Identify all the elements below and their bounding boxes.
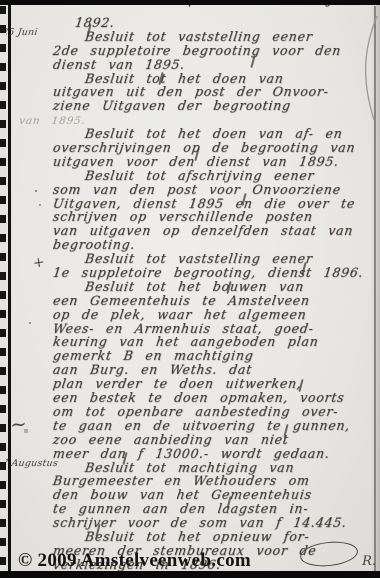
manuscript-line: overschrijvingen op de begrooting van	[52, 137, 372, 151]
manuscript-line: plan verder te doen uitwerken,	[52, 373, 372, 387]
manuscript-line: den bouw van het Gemeentehuis	[52, 484, 372, 498]
manuscript-line: van 1895.	[52, 109, 372, 123]
manuscript-line: te gunnen aan den laagsten in-	[52, 498, 372, 512]
manuscript-line: begrooting.	[52, 234, 372, 248]
signature-paraaf: R.	[300, 537, 378, 569]
scanned-manuscript-page: verleende concepten van 25 juni 1892.25 …	[0, 0, 380, 578]
manuscript-line: Besluit tot het doen van	[52, 68, 372, 82]
manuscript-line: 7 AugustusBesluit tot machtiging van	[52, 457, 372, 471]
manuscript-line: dienst van 1895.	[52, 54, 372, 68]
manuscript-line: som van den post voor Onvoorziene	[52, 179, 372, 193]
page-left-edge-line	[8, 0, 11, 578]
manuscript-line: Besluit tot afschrijving eener	[52, 165, 372, 179]
scan-edge-bottom	[0, 571, 380, 578]
manuscript-line: Uitgaven, dienst 1895 en die over te	[52, 193, 372, 207]
manuscript-line: 25 JuniBesluit tot vaststelling eener	[52, 26, 372, 40]
manuscript-line: om tot openbare aanbesteding over-	[52, 401, 372, 415]
manuscript-line: 1e suppletoire begrooting, dienst 1896.	[52, 262, 372, 276]
manuscript-line: een Gemeentehuis te Amstelveen	[52, 290, 372, 304]
manuscript-line: 1892.	[52, 12, 372, 26]
manuscript-line: keuring van het aangeboden plan	[52, 331, 372, 345]
manuscript-line: Besluit tot het doen van af- en	[52, 123, 372, 137]
scan-edge-top	[0, 0, 380, 5]
manuscript-line: ziene Uitgaven der begrooting	[52, 95, 372, 109]
manuscript-line: aan Burg. en Weths. dat	[52, 359, 372, 373]
manuscript-line: uitgaven voor den dienst van 1895.	[52, 151, 372, 165]
binding-dots	[0, 0, 6, 578]
manuscript-text: verleende concepten van 25 juni 1892.25 …	[52, 4, 372, 568]
manuscript-line: Wees- en Armenhuis staat, goed-	[52, 318, 372, 332]
manuscript-line: gemerkt B en machtiging	[52, 345, 372, 359]
manuscript-line: schrijven op verschillende posten	[52, 206, 372, 220]
paraaf-initial: R.	[362, 554, 376, 569]
manuscript-line: uitgaven uit den post der Onvoor-	[52, 81, 372, 95]
manuscript-line: Besluit tot vaststelling eener	[52, 248, 372, 262]
manuscript-line: Besluit tot het bouwen van	[52, 276, 372, 290]
manuscript-line: te gaan en de uitvoering te gunnen,	[52, 415, 372, 429]
manuscript-line: Burgemeester en Wethouders om	[52, 470, 372, 484]
manuscript-line: van uitgaven op denzelfden staat van	[52, 220, 372, 234]
clipped-top-line: verleende concepten van 25 juni	[52, 4, 372, 12]
copyright-watermark: © 2009 Amstelveenweb.com	[18, 550, 251, 572]
manuscript-line: op de plek, waar het algemeen	[52, 304, 372, 318]
manuscript-lines: 1892.25 JuniBesluit tot vaststelling een…	[52, 12, 372, 568]
manuscript-line: 2de suppletoire begrooting voor den	[52, 40, 372, 54]
manuscript-line: meer dan f 13000.- wordt gedaan.	[52, 443, 372, 457]
manuscript-line: een bestek te doen opmaken, voorts	[52, 387, 372, 401]
scan-noise-specks	[35, 190, 37, 192]
margin-plus-mark: +	[32, 254, 46, 271]
paraaf-oval-flourish	[299, 539, 359, 569]
margin-tilde-mark: ~	[9, 411, 28, 437]
manuscript-line: zoo eene aanbieding van niet	[52, 429, 372, 443]
